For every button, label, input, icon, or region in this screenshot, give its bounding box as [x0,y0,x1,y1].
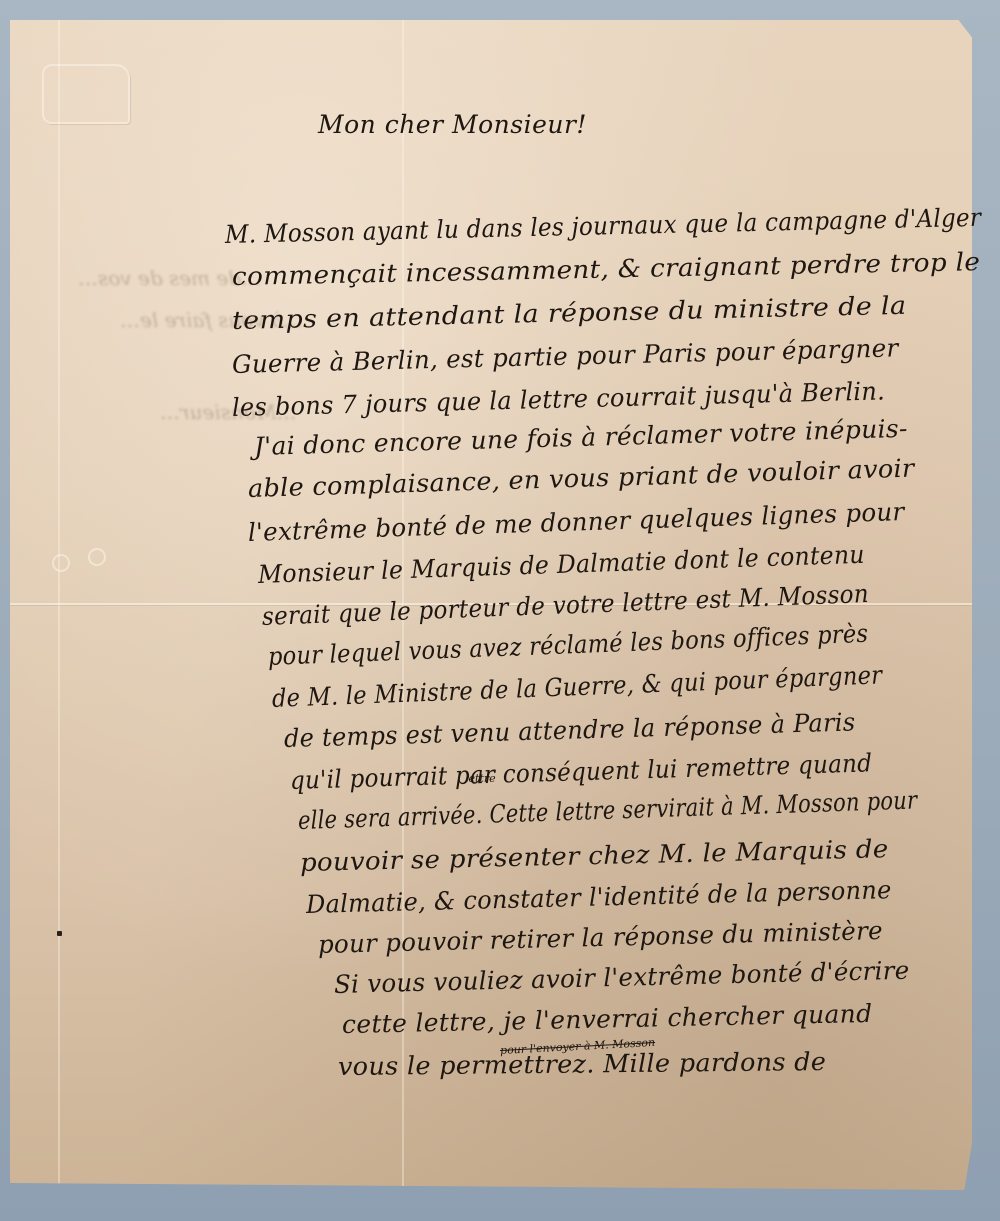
letter-line: Dalmatie, & constater l'identité de la p… [306,875,892,919]
letter-line: qu'il pourrait par conséquent lui remett… [290,748,873,795]
letter-line: J'ai donc encore une fois à réclamer vot… [254,414,908,461]
letter-line: able complaisance, en vous priant de vou… [248,453,915,503]
letter-salutation: Mon cher Monsieur! [318,110,587,139]
letter-line: de M. le Ministre de la Guerre, & qui po… [272,660,883,713]
letter-line: pour pouvoir retirer la réponse du minis… [318,916,883,959]
letter-line: de temps est venu attendre la réponse à … [284,707,856,753]
letter-body: Mon cher Monsieur! M. Mosson ayant lu da… [0,0,1000,1221]
letter-line: vous le permettrez. Mille pardons de [338,1047,827,1081]
letter-line: les bons 7 jours que la lettre courrait … [232,376,886,422]
letter-line: elle sera arrivée. Cette lettre servirai… [298,785,918,835]
letter-line: l'extrême bonté de me donner quelques li… [248,497,905,547]
letter-line: temps en attendant la réponse du ministr… [232,291,907,335]
letter-line: M. Mosson ayant lu dans les journaux que… [225,203,982,249]
letter-line: pouvoir se présenter chez M. le Marquis … [300,834,889,877]
letter-line: Si vous vouliez avoir l'extrême bonté d'… [334,956,910,999]
handwritten-insertion: lettre [465,772,496,785]
letter-line: commençait incessamment, & craignant per… [232,247,981,291]
letter-line: Guerre à Berlin, est partie pour Paris p… [232,333,899,379]
letter-line: cette lettre, je l'enverrai chercher qua… [342,999,873,1039]
